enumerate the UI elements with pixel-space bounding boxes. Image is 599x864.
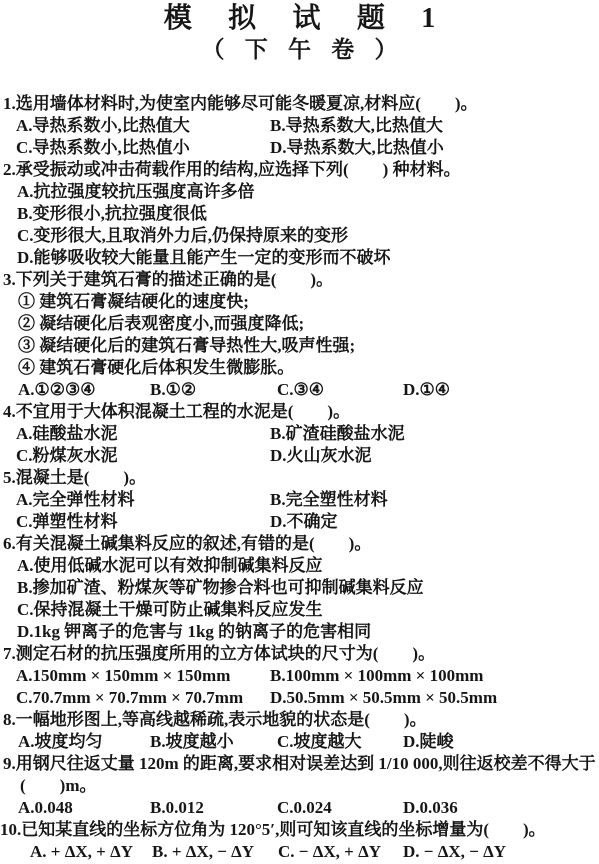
option-b: B. + ΔX, − ΔY <box>152 841 278 863</box>
statement-4: ④ 建筑石膏硬化后体积发生微膨胀。 <box>0 357 599 379</box>
option-c: C.弹塑性材料 <box>16 511 270 533</box>
question-7-stem: 7.测定石材的抗压强度所用的立方体试块的尺寸为( )。 <box>0 643 599 665</box>
question-1-option-row-1: A.导热系数小,比热值大 B.导热系数大,比热值大 <box>0 115 599 137</box>
option-c: C.粉煤灰水泥 <box>16 445 270 467</box>
option-a: A.导热系数小,比热值大 <box>16 115 270 137</box>
question-5-option-row-2: C.弹塑性材料 D.不确定 <box>0 511 599 533</box>
exam-page: 模 拟 试 题 1 （下午卷） 1.选用墙体材料时,为使室内能够尽可能冬暖夏凉,… <box>0 0 599 864</box>
question-5-option-row-1: A.完全弹性材料 B.完全塑性材料 <box>0 489 599 511</box>
option-a: A.完全弹性材料 <box>16 489 270 511</box>
option-a: A.150mm × 150mm × 150mm <box>16 665 270 687</box>
option-b: B.掺加矿渣、粉煤灰等矿物掺合料也可抑制碱集料反应 <box>0 577 599 599</box>
question-3: 3.下列关于建筑石膏的描述正确的是( )。 ① 建筑石膏凝结硬化的速度快; ② … <box>0 269 599 401</box>
option-a: A.硅酸盐水泥 <box>16 423 270 445</box>
option-a: A.0.048 <box>18 797 150 819</box>
option-b: B.100mm × 100mm × 100mm <box>270 665 599 687</box>
option-c: C.③④ <box>277 379 403 401</box>
question-5-stem: 5.混凝土是( )。 <box>0 467 599 489</box>
question-10-stem: 10.已知某直线的坐标方位角为 120°5′,则可知该直线的坐标增量为( )。 <box>0 819 599 841</box>
option-b: B.导热系数大,比热值大 <box>270 115 599 137</box>
question-3-option-row: A.①②③④ B.①② C.③④ D.①④ <box>0 379 599 401</box>
question-4-option-row-1: A.硅酸盐水泥 B.矿渣硅酸盐水泥 <box>0 423 599 445</box>
question-1-option-row-2: C.导热系数小,比热值小 D.导热系数大,比热值小 <box>0 137 599 159</box>
option-a: A.①②③④ <box>18 379 150 401</box>
question-9-option-row: A.0.048 B.0.012 C.0.024 D.0.036 <box>0 797 599 819</box>
option-b: B.①② <box>150 379 277 401</box>
question-4: 4.不宜用于大体积混凝土工程的水泥是( )。 A.硅酸盐水泥 B.矿渣硅酸盐水泥… <box>0 401 599 467</box>
question-2-stem: 2.承受振动或冲击荷载作用的结构,应选择下列( ) 种材料。 <box>0 159 599 181</box>
option-c: C.坡度越大 <box>277 731 403 753</box>
question-4-option-row-2: C.粉煤灰水泥 D.火山灰水泥 <box>0 445 599 467</box>
option-a: A.抗拉强度较抗压强度高许多倍 <box>0 181 599 203</box>
statement-3: ③ 凝结硬化后的建筑石膏导热性大,吸声性强; <box>0 335 599 357</box>
option-c: C.保持混凝土干燥可防止碱集料反应发生 <box>0 599 599 621</box>
option-a: A.坡度均匀 <box>18 731 150 753</box>
page-subtitle: （下午卷） <box>0 36 599 64</box>
option-c: C.导热系数小,比热值小 <box>16 137 270 159</box>
option-d: D.导热系数大,比热值小 <box>270 137 599 159</box>
option-d: D.1kg 钾离子的危害与 1kg 的钠离子的危害相同 <box>0 621 599 643</box>
question-10-option-row: A. + ΔX, + ΔY B. + ΔX, − ΔY C. − ΔX, + Δ… <box>0 841 599 863</box>
statement-2: ② 凝结硬化后表观密度小,而强度降低; <box>0 313 599 335</box>
option-b: B.完全塑性材料 <box>270 489 599 511</box>
question-8-option-row: A.坡度均匀 B.坡度越小 C.坡度越大 D.陡峻 <box>0 731 599 753</box>
option-d: D.火山灰水泥 <box>270 445 599 467</box>
option-b: B.坡度越小 <box>150 731 277 753</box>
exam-header: 模 拟 试 题 1 （下午卷） <box>0 0 599 64</box>
option-b: B.0.012 <box>150 797 277 819</box>
option-d: D.①④ <box>403 379 599 401</box>
question-3-stem: 3.下列关于建筑石膏的描述正确的是( )。 <box>0 269 599 291</box>
statement-1: ① 建筑石膏凝结硬化的速度快; <box>0 291 599 313</box>
option-c: C. − ΔX, + ΔY <box>278 841 403 863</box>
page-title: 模 拟 试 题 1 <box>0 2 599 36</box>
question-2: 2.承受振动或冲击荷载作用的结构,应选择下列( ) 种材料。 A.抗拉强度较抗压… <box>0 159 599 269</box>
question-7-option-row-1: A.150mm × 150mm × 150mm B.100mm × 100mm … <box>0 665 599 687</box>
option-b: B.变形很小,抗拉强度很低 <box>0 203 599 225</box>
option-d: D.陡峻 <box>403 731 599 753</box>
option-b: B.矿渣硅酸盐水泥 <box>270 423 599 445</box>
question-9: 9.用钢尺往返丈量 120m 的距离,要求相对误差达到 1/10 000,则往返… <box>0 753 599 819</box>
option-d: D.不确定 <box>270 511 599 533</box>
option-d: D.0.036 <box>403 797 599 819</box>
question-9-stem-continued: ( )m。 <box>0 775 599 797</box>
question-1: 1.选用墙体材料时,为使室内能够尽可能冬暖夏凉,材料应( )。 A.导热系数小,… <box>0 93 599 159</box>
question-7-option-row-2: C.70.7mm × 70.7mm × 70.7mm D.50.5mm × 50… <box>0 687 599 709</box>
option-a: A.使用低碱水泥可以有效抑制碱集料反应 <box>0 555 599 577</box>
question-10: 10.已知某直线的坐标方位角为 120°5′,则可知该直线的坐标增量为( )。 … <box>0 819 599 863</box>
option-d: D.50.5mm × 50.5mm × 50.5mm <box>270 687 599 709</box>
question-5: 5.混凝土是( )。 A.完全弹性材料 B.完全塑性材料 C.弹塑性材料 D.不… <box>0 467 599 533</box>
option-c: C.0.024 <box>277 797 403 819</box>
question-9-stem: 9.用钢尺往返丈量 120m 的距离,要求相对误差达到 1/10 000,则往返… <box>0 753 599 775</box>
option-a: A. + ΔX, + ΔY <box>30 841 152 863</box>
option-c: C.变形很大,且取消外力后,仍保持原来的变形 <box>0 225 599 247</box>
question-4-stem: 4.不宜用于大体积混凝土工程的水泥是( )。 <box>0 401 599 423</box>
question-6: 6.有关混凝土碱集料反应的叙述,有错的是( )。 A.使用低碱水泥可以有效抑制碱… <box>0 533 599 643</box>
question-6-stem: 6.有关混凝土碱集料反应的叙述,有错的是( )。 <box>0 533 599 555</box>
question-1-stem: 1.选用墙体材料时,为使室内能够尽可能冬暖夏凉,材料应( )。 <box>0 93 599 115</box>
option-c: C.70.7mm × 70.7mm × 70.7mm <box>16 687 270 709</box>
question-list: 1.选用墙体材料时,为使室内能够尽可能冬暖夏凉,材料应( )。 A.导热系数小,… <box>0 93 599 863</box>
question-8-stem: 8.一幅地形图上,等高线越稀疏,表示地貌的状态是( )。 <box>0 709 599 731</box>
option-d: D. − ΔX, − ΔY <box>403 841 599 863</box>
question-7: 7.测定石材的抗压强度所用的立方体试块的尺寸为( )。 A.150mm × 15… <box>0 643 599 709</box>
question-8: 8.一幅地形图上,等高线越稀疏,表示地貌的状态是( )。 A.坡度均匀 B.坡度… <box>0 709 599 753</box>
option-d: D.能够吸收较大能量且能产生一定的变形而不破坏 <box>0 247 599 269</box>
